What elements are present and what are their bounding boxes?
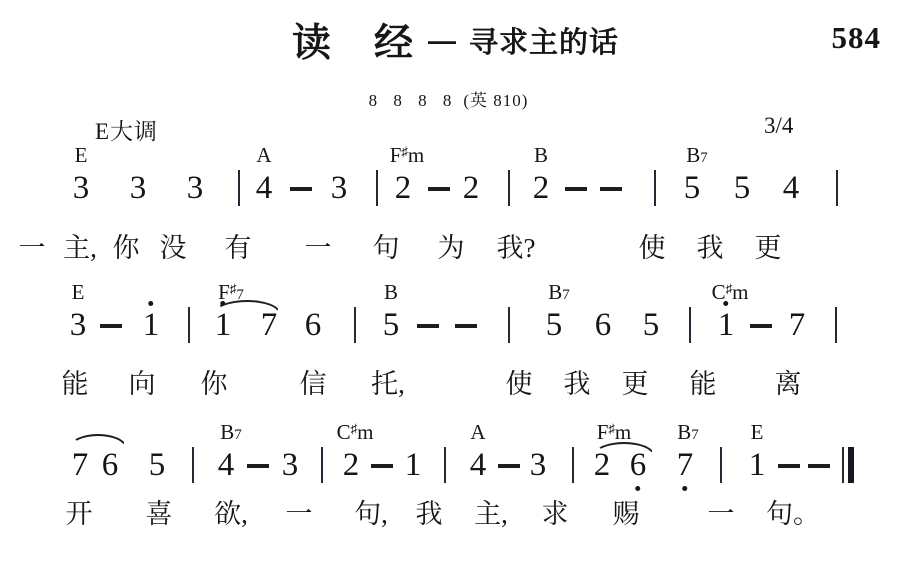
chord-letter: F: [390, 143, 402, 167]
note: 7: [789, 309, 806, 341]
chord-label: E: [75, 143, 88, 167]
hymn-subtitle: 寻求主的话: [469, 29, 619, 58]
chord-number: 7: [234, 427, 242, 443]
note: 3: [187, 172, 204, 204]
barline: [572, 447, 574, 483]
key-signature: E大调: [95, 113, 158, 146]
barline: [508, 170, 510, 206]
note: 2: [395, 172, 412, 204]
barline: [188, 307, 190, 343]
lyric-line: 一主,你没有一句为我?使我更: [0, 232, 897, 268]
barline: [354, 307, 356, 343]
barline: [508, 307, 510, 343]
octave-dot-below: [683, 486, 688, 491]
barline: [376, 170, 378, 206]
note: 1: [718, 309, 735, 341]
chord-label: B: [534, 143, 548, 167]
meter-row: 8 8 8 8(英 810): [0, 86, 897, 111]
chord-letter: B: [534, 143, 548, 167]
note: 4: [256, 172, 273, 204]
note-dash: [498, 464, 520, 468]
hymn-title: 读 经: [292, 24, 415, 63]
chord-letter: B: [686, 143, 700, 167]
music-line: 7654B732C♯m14A32F♯m67B71E: [0, 423, 897, 493]
note: 5: [546, 309, 563, 341]
barline: [720, 447, 722, 483]
note-dash: [778, 464, 800, 468]
note: 1: [405, 449, 422, 481]
note-dash: [808, 464, 830, 468]
chord-letter: F: [597, 420, 609, 444]
chord-letter: B: [220, 420, 234, 444]
note: 3: [530, 449, 547, 481]
chord-letter: C: [337, 420, 351, 444]
chord-letter: m: [408, 143, 424, 167]
lyric-syllable: 能: [690, 368, 717, 400]
lyric-syllable: 没: [160, 232, 187, 264]
note-dash: [600, 187, 622, 191]
meter-reference: (英 810): [463, 91, 528, 110]
note: 3: [130, 172, 147, 204]
lyric-syllable: 离: [775, 368, 802, 400]
note: 3: [331, 172, 348, 204]
music-line: 3E334A32F♯m22B5B754: [0, 146, 897, 216]
note: 3: [282, 449, 299, 481]
chord-letter: F: [218, 280, 230, 304]
final-barline-thin: [842, 447, 844, 483]
note: 5: [149, 449, 166, 481]
hymn-sheet: 584 读 经 — 寻求主的话 8 8 8 8(英 810) E大调 3/4 3…: [0, 0, 897, 580]
final-barline: [842, 447, 854, 483]
chord-letter: m: [357, 420, 373, 444]
note: 4: [470, 449, 487, 481]
lyric-syllable: 欲,: [214, 498, 248, 530]
note: 6: [305, 309, 322, 341]
lyric-syllable: 喜: [146, 498, 173, 530]
lyric-syllable: 我: [697, 232, 724, 264]
chord-label: B7: [686, 143, 708, 170]
lyric-syllable: 求: [542, 498, 569, 530]
lyric-syllable: 主,: [474, 498, 508, 530]
chord-letter: C: [712, 280, 726, 304]
chord-letter: A: [470, 420, 485, 444]
note-dash: [565, 187, 587, 191]
chord-letter: m: [615, 420, 631, 444]
lyric-syllable: 主,: [63, 232, 97, 264]
lyric-syllable: 一: [708, 498, 735, 530]
time-signature: 3/4: [764, 113, 793, 139]
chord-label: B: [384, 280, 398, 304]
note: 2: [533, 172, 550, 204]
chord-label: B7: [548, 280, 570, 307]
barline: [192, 447, 194, 483]
barline: [238, 170, 240, 206]
note: 5: [684, 172, 701, 204]
lyric-line: 能向你信托,使我更能离: [0, 368, 897, 404]
note: 4: [783, 172, 800, 204]
lyric-syllable: 我: [416, 498, 443, 530]
note: 7: [72, 449, 89, 481]
lyric-syllable: 使: [639, 232, 666, 264]
note: 6: [102, 449, 119, 481]
chord-letter: E: [75, 143, 88, 167]
note-dash: [750, 324, 772, 328]
note: 4: [218, 449, 235, 481]
chord-label: E: [72, 280, 85, 304]
title-dash: —: [428, 27, 456, 55]
note: 5: [734, 172, 751, 204]
chord-letter: B: [548, 280, 562, 304]
note: 1: [749, 449, 766, 481]
barline: [835, 307, 837, 343]
chord-label: A: [256, 143, 271, 167]
lyric-syllable: 我?: [497, 232, 536, 264]
lyric-syllable: 你: [113, 232, 140, 264]
lyric-syllable: 你: [201, 368, 228, 400]
lyric-line: 开喜欲,一句,我主,求赐一句。: [0, 498, 897, 534]
lyric-syllable: 一: [286, 498, 313, 530]
chord-label: F♯m: [390, 143, 425, 167]
lyric-syllable: 更: [622, 368, 649, 400]
barline: [689, 307, 691, 343]
lyric-syllable: 为: [438, 232, 465, 264]
note: 3: [73, 172, 90, 204]
note-dash: [455, 324, 477, 328]
chord-number: 7: [562, 287, 570, 303]
chord-number: 7: [691, 427, 699, 443]
chord-label: E: [751, 420, 764, 444]
chord-letter: B: [384, 280, 398, 304]
lyric-syllable: 能: [62, 368, 89, 400]
lyric-syllable: 赐: [613, 498, 640, 530]
octave-dot-below: [636, 486, 641, 491]
note: 7: [677, 449, 694, 481]
lyric-syllable: 信: [300, 368, 327, 400]
note-dash: [371, 464, 393, 468]
chord-letter: E: [72, 280, 85, 304]
note: 2: [343, 449, 360, 481]
barline: [321, 447, 323, 483]
chord-label: B7: [220, 420, 242, 447]
lyric-syllable: 句: [373, 232, 400, 264]
note: 6: [595, 309, 612, 341]
music-line: 3E11F♯7765B5B7651C♯m7: [0, 283, 897, 353]
chord-letter: E: [751, 420, 764, 444]
chord-letter: A: [256, 143, 271, 167]
lyric-syllable: 托,: [371, 368, 405, 400]
barline: [654, 170, 656, 206]
note: 1: [215, 309, 232, 341]
note: 3: [70, 309, 87, 341]
chord-letter: B: [677, 420, 691, 444]
note: 5: [383, 309, 400, 341]
lyric-syllable: 向: [129, 368, 156, 400]
lyric-syllable: 一: [305, 232, 332, 264]
chord-label: B7: [677, 420, 699, 447]
title-row: 读 经 — 寻求主的话: [0, 24, 897, 63]
meter: 8 8 8 8: [369, 91, 458, 110]
note: 2: [463, 172, 480, 204]
lyric-syllable: 句,: [354, 498, 388, 530]
note-dash: [290, 187, 312, 191]
octave-dot-above: [149, 301, 154, 306]
lyric-syllable: 开: [66, 498, 93, 530]
chord-number: 7: [700, 150, 708, 166]
note-dash: [100, 324, 122, 328]
lyric-syllable: 使: [506, 368, 533, 400]
barline: [444, 447, 446, 483]
chord-label: C♯m: [712, 280, 749, 304]
note: 7: [261, 309, 278, 341]
final-barline-thick: [848, 447, 854, 483]
chord-label: F♯m: [597, 420, 632, 444]
lyric-syllable: 句。: [766, 498, 820, 530]
lyric-syllable: 有: [225, 232, 252, 264]
note: 1: [143, 309, 160, 341]
barline: [836, 170, 838, 206]
note-dash: [247, 464, 269, 468]
lyric-syllable: 更: [755, 232, 782, 264]
chord-letter: m: [732, 280, 748, 304]
chord-label: C♯m: [337, 420, 374, 444]
lyric-syllable: 一: [19, 232, 46, 264]
note: 5: [643, 309, 660, 341]
slur: [70, 434, 126, 447]
lyric-syllable: 我: [564, 368, 591, 400]
note-dash: [428, 187, 450, 191]
chord-label: A: [470, 420, 485, 444]
note-dash: [417, 324, 439, 328]
